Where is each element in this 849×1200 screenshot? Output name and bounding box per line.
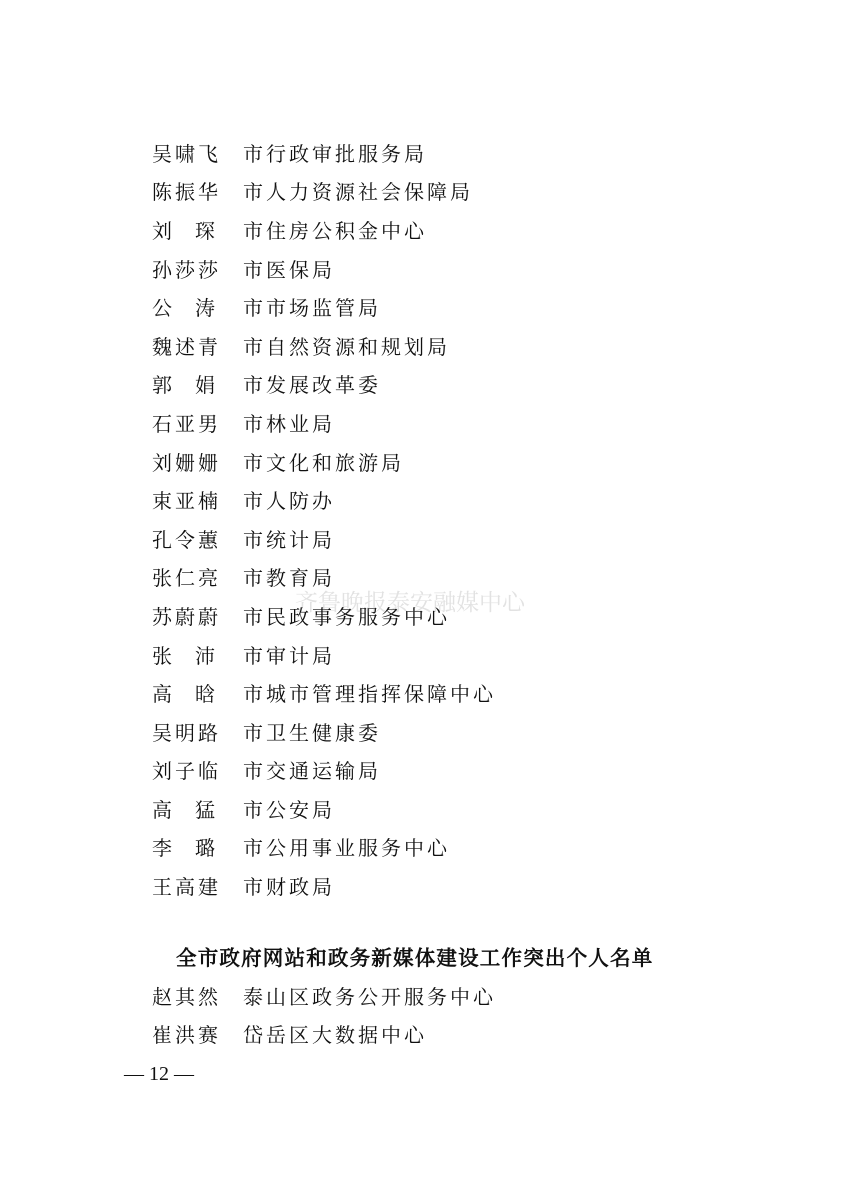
list-item: 孙莎莎市医保局 — [152, 249, 752, 288]
person-name: 石亚男 — [152, 408, 218, 437]
list-item: 吴明路市卫生健康委 — [152, 712, 752, 751]
list-item: 公涛市市场监管局 — [152, 287, 752, 326]
organization-name: 市民政事务服务中心 — [243, 601, 450, 630]
person-name: 崔洪赛 — [152, 1019, 218, 1048]
list-item: 高晗市城市管理指挥保障中心 — [152, 673, 752, 712]
list-item: 石亚男市林业局 — [152, 403, 752, 442]
person-name: 张沛 — [152, 640, 218, 669]
list-item: 刘姗姗市文化和旅游局 — [152, 442, 752, 481]
organization-name: 市行政审批服务局 — [243, 138, 427, 167]
list-item: 高猛市公安局 — [152, 789, 752, 828]
person-name: 孙莎莎 — [152, 254, 218, 283]
organization-name: 岱岳区大数据中心 — [243, 1019, 427, 1048]
section-title: 全市政府网站和政务新媒体建设工作突出个人名单 — [176, 941, 653, 971]
organization-name: 市审计局 — [243, 640, 335, 669]
organization-name: 市文化和旅游局 — [243, 447, 404, 476]
organization-name: 市公用事业服务中心 — [243, 832, 450, 861]
person-name: 高猛 — [152, 794, 218, 823]
person-name: 吴明路 — [152, 717, 218, 746]
organization-name: 市自然资源和规划局 — [243, 331, 450, 360]
organization-name: 市人防办 — [243, 485, 335, 514]
list-item: 王高建市财政局 — [152, 866, 752, 905]
list-item: 张沛市审计局 — [152, 635, 752, 674]
person-name: 郭娟 — [152, 369, 218, 398]
list-item: 吴啸飞市行政审批服务局 — [152, 133, 752, 172]
list-item: 束亚楠市人防办 — [152, 480, 752, 519]
organization-name: 市市场监管局 — [243, 292, 381, 321]
person-name: 赵其然 — [152, 981, 218, 1010]
list-item: 苏蔚蔚市民政事务服务中心 — [152, 596, 752, 635]
organization-name: 市医保局 — [243, 254, 335, 283]
organization-name: 市交通运输局 — [243, 755, 381, 784]
person-name: 李璐 — [152, 832, 218, 861]
organization-name: 泰山区政务公开服务中心 — [243, 981, 496, 1010]
organization-name: 市公安局 — [243, 794, 335, 823]
person-name: 魏述青 — [152, 331, 218, 360]
organization-name: 市教育局 — [243, 562, 335, 591]
person-name: 孔令蕙 — [152, 524, 218, 553]
person-name: 公涛 — [152, 292, 218, 321]
document-page: 吴啸飞市行政审批服务局陈振华市人力资源社会保障局刘琛市住房公积金中心孙莎莎市医保… — [0, 0, 849, 1200]
person-name: 张仁亮 — [152, 562, 218, 591]
list-item: 刘子临市交通运输局 — [152, 751, 752, 790]
organization-name: 市城市管理指挥保障中心 — [243, 678, 496, 707]
person-name: 刘琛 — [152, 215, 218, 244]
list-item: 张仁亮市教育局 — [152, 558, 752, 597]
person-name: 高晗 — [152, 678, 218, 707]
list-item: 刘琛市住房公积金中心 — [152, 210, 752, 249]
honoree-list-website-media: 赵其然泰山区政务公开服务中心崔洪赛岱岳区大数据中心 — [152, 976, 752, 1053]
honoree-list: 吴啸飞市行政审批服务局陈振华市人力资源社会保障局刘琛市住房公积金中心孙莎莎市医保… — [152, 133, 752, 905]
organization-name: 市发展改革委 — [243, 369, 381, 398]
person-name: 刘姗姗 — [152, 447, 218, 476]
person-name: 苏蔚蔚 — [152, 601, 218, 630]
list-item: 崔洪赛岱岳区大数据中心 — [152, 1015, 752, 1054]
organization-name: 市林业局 — [243, 408, 335, 437]
list-item: 魏述青市自然资源和规划局 — [152, 326, 752, 365]
list-item: 郭娟市发展改革委 — [152, 365, 752, 404]
person-name: 陈振华 — [152, 176, 218, 205]
person-name: 吴啸飞 — [152, 138, 218, 167]
page-number: — 12 — — [124, 1063, 194, 1086]
organization-name: 市财政局 — [243, 871, 335, 900]
person-name: 刘子临 — [152, 755, 218, 784]
person-name: 束亚楠 — [152, 485, 218, 514]
list-item: 李璐市公用事业服务中心 — [152, 828, 752, 867]
person-name: 王高建 — [152, 871, 218, 900]
list-item: 陈振华市人力资源社会保障局 — [152, 172, 752, 211]
organization-name: 市住房公积金中心 — [243, 215, 427, 244]
list-item: 孔令蕙市统计局 — [152, 519, 752, 558]
list-item: 赵其然泰山区政务公开服务中心 — [152, 976, 752, 1015]
organization-name: 市统计局 — [243, 524, 335, 553]
organization-name: 市卫生健康委 — [243, 717, 381, 746]
organization-name: 市人力资源社会保障局 — [243, 176, 473, 205]
